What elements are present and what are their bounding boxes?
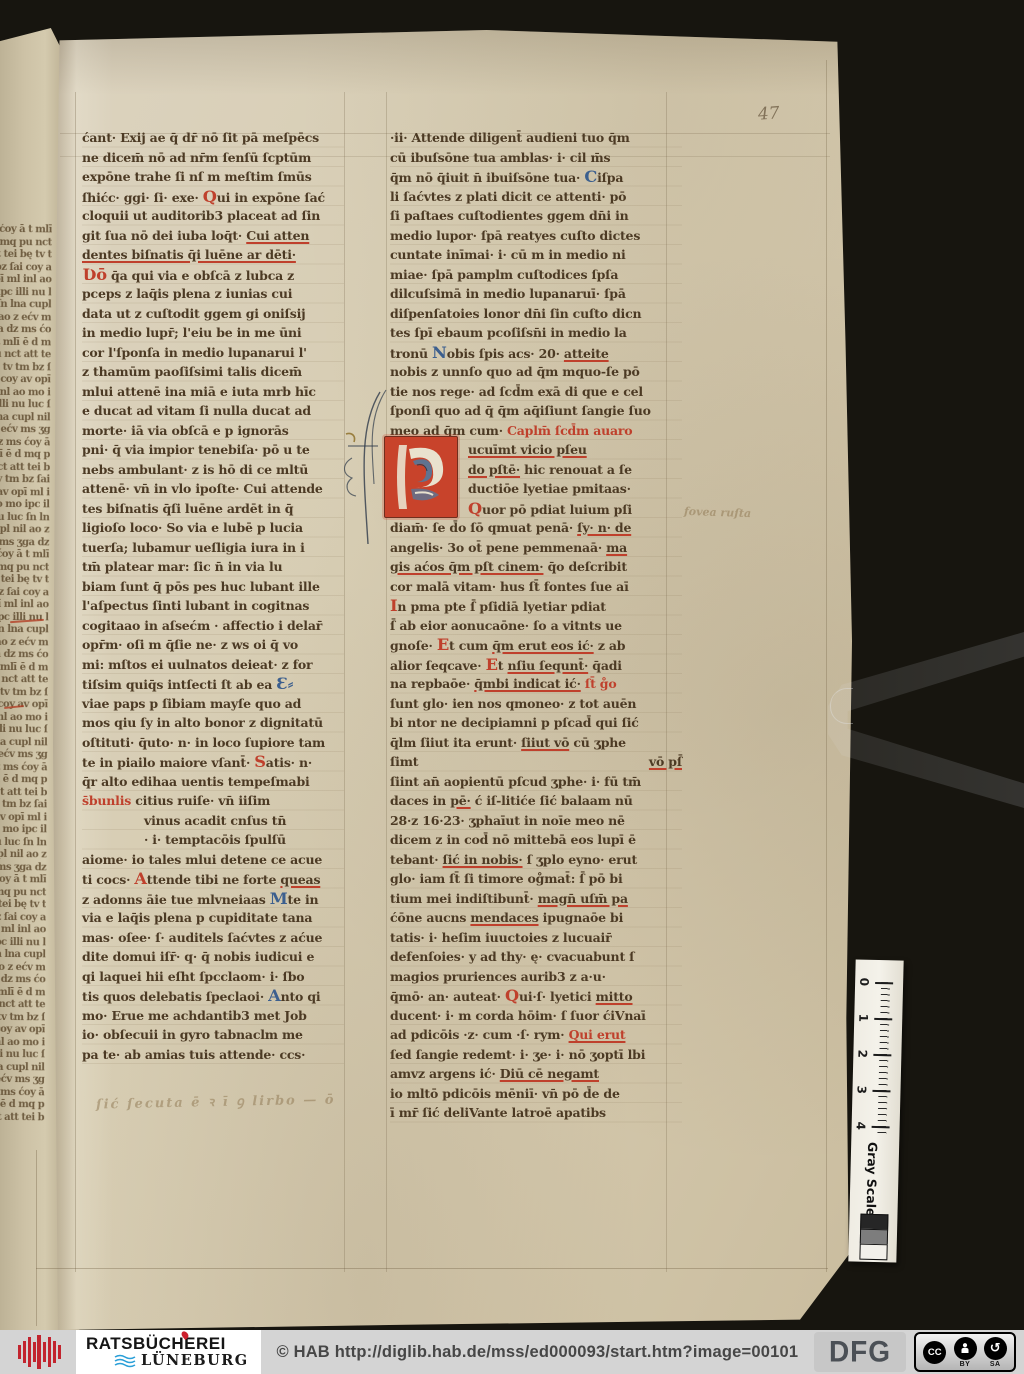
- manuscript-line: tes ſpī ebaum pcoſiſsn̄i in medio la: [390, 323, 682, 343]
- manuscript-line: Ʋō q̄a qui via e obſcā z lubca z: [82, 265, 344, 285]
- manuscript-line: aiome· io tales mlui detene ce acue: [82, 850, 344, 870]
- manuscript-line: tiſsim quiq̄s intſecti ſt ab ea Ɛ⸗: [82, 674, 344, 694]
- manuscript-line: li ſaćvtes z plati dicit ce attenti· pō: [390, 187, 682, 207]
- ruler-major-tick: [875, 982, 893, 984]
- manuscript-line: l'aſpectus ſinti lubant in cogitnas: [82, 596, 344, 616]
- manuscript-line: alior ſeqcave· Et nſiu ſequnt̄· q̄adi: [390, 655, 682, 675]
- cc-sa-icon: ↺: [984, 1337, 1007, 1360]
- manuscript-line: pni· q̄ via impior tenebiſa· pō u te: [82, 440, 344, 460]
- manuscript-line: ſed ſangie redemt· i· ʒe· i· nō ʒoptī lb…: [390, 1045, 682, 1065]
- ruler-number: 2: [855, 1049, 869, 1063]
- ruler-major-tick: [872, 1090, 890, 1092]
- manuscript-line: cogitaao in aſsećm · affectio i delar̄: [82, 616, 344, 636]
- manuscript-line: ſ̄ ab eior aonucaōne· ſo a vitnts ue: [390, 616, 682, 636]
- manuscript-line: q̄m nō q̄iuit n̄ ibuiſsōne tua· Ciſpa: [390, 167, 682, 187]
- ruling-line: [36, 1268, 828, 1269]
- cc-by-icon: [954, 1337, 977, 1360]
- manuscript-line: ligioſo loco· So via e lubē p lucia: [82, 518, 344, 538]
- manuscript-line: ducent· i· m corda hōim· ſ ſuor ćiVnaī: [390, 1006, 682, 1026]
- manuscript-line: tis quos delebatis ſpeclaoi· Anto qi: [82, 986, 344, 1006]
- manuscript-line: q̄mō· an· auteat· Qui·ſ· lyetici mitto: [390, 986, 682, 1006]
- manuscript-line: gis aćos q̄m pſt cinem· q̄o deſcribit: [390, 557, 682, 577]
- manuscript-line: daces in pē· ć iſ-litiće ſić balaam nū: [390, 791, 682, 811]
- library-city: LÜNEBURG: [141, 1353, 249, 1369]
- manuscript-line: ad pdicōis ·z· cum ·ſ· rym· Qui erut: [390, 1025, 682, 1045]
- manuscript-line: q̄lm ſiiut ita erunt· ſiiut vō cū ʒphe: [390, 733, 682, 753]
- ruler-ticks: [877, 982, 890, 1134]
- ruling-line: [344, 92, 345, 1272]
- manuscript-line: tes biſnatis q̄ſi luēne ardēt in q̄: [82, 499, 344, 519]
- grayscale-label: Gray Scale: [863, 1142, 880, 1217]
- manuscript-line: ne dicem̄ nō ad nr̄m ſenſū ſcptūm: [82, 148, 344, 168]
- manuscript-line: oſtituti· q̄uto· n· in loco ſupiore tam: [82, 733, 344, 753]
- manuscript-line: vinus acadit cnſus tn̄: [82, 811, 344, 831]
- manuscript-line: · i· temptacōis ſpulſū: [82, 830, 344, 850]
- swatch-black: [860, 1214, 888, 1230]
- manuscript-line: z thamūm paoſiſsimi talis dicem̄: [82, 362, 344, 382]
- manuscript-line: cor l'ſponſa in medio lupanarui l': [82, 343, 344, 363]
- manuscript-line: morte· iā via obſcā e p ignorās: [82, 421, 344, 441]
- manuscript-line: ·ii· Attende diligent̄ audieni tuo q̄m: [390, 128, 682, 148]
- manuscript-line: dentes biſnatis q̄i luēne ar dēti·: [82, 245, 344, 265]
- manuscript-line: opr̄m· oſi m q̄ſie ne· z ws oi q̄ vo: [82, 635, 344, 655]
- manuscript-line: tium mei indiſtibunt̄· magn̄ uſm̄ pa: [390, 889, 682, 909]
- manuscript-line: gnoſe· Et cum q̄m erut eos ić· z ab: [390, 635, 682, 655]
- manuscript-line: mas· oſee· ſ· auditels ſaćvtes z aćue: [82, 928, 344, 948]
- ruler-number: 1: [856, 1013, 870, 1027]
- manuscript-line: dite domui iſr̄· q· q̄ nobis iudicui e: [82, 947, 344, 967]
- manuscript-line: medio lupor· ſpā reatyes cuſto dictes: [390, 226, 682, 246]
- manuscript-line: io· obſecuii in gyro tabnaclm me: [82, 1025, 344, 1045]
- manuscript-line: dilcuſsimā in medio lupanaruī· ſpā: [390, 284, 682, 304]
- manuscript-line: mi: mſtos ei uulnatos deieat· z for: [82, 655, 344, 675]
- manuscript-line: git ſua nō dei iuba loq̄t· Cui atten: [82, 226, 344, 246]
- margin-note-right: fovea ruſta: [684, 505, 752, 520]
- manuscript-line: ćant· Exij ae q̄ dr̄ nō ſit pā meſpēcs: [82, 128, 344, 148]
- manuscript-line: bi ntor ne decipiamni p pſcad̄ qui ſić: [390, 713, 682, 733]
- manuscript-line: ti cocs· Attende tibi ne forte queas: [82, 869, 344, 889]
- manuscript-line: tatis· i· heſim iuuctoies z lucuair̄: [390, 928, 682, 948]
- page-holder-clamp: [828, 632, 1024, 808]
- manuscript-line: tie nos rege· ad ſcd̄m exā di que e cel: [390, 382, 682, 402]
- manuscript-line: tebant· ſić in nobis· ſ ʒplo eyno· erut: [390, 850, 682, 870]
- digitized-manuscript-photo: ms ćoy ā t mlī ē d mq pu nct att tei bę …: [0, 0, 1024, 1374]
- manuscript-line: tronū Nobis ſpis acs· 20· atteite: [390, 343, 682, 363]
- grayscale-ruler: 0 1 2 3 4 Gray Scale: [848, 959, 903, 1262]
- manuscript-line: cor malā vitam· hus ſt̄ fontes ſue aī: [390, 577, 682, 597]
- manuscript-line: glo· iam ſt̄ ſi timore og̊mat̄: ſ̄ pō bi: [390, 869, 682, 889]
- swatch-gray: [860, 1229, 888, 1245]
- manuscript-line: nebs ambulant· z is hō di ce mltū: [82, 460, 344, 480]
- manuscript-line: s̄bunlis citius ruiſe· vn̄ iiſim: [82, 791, 344, 811]
- manuscript-line: biam ſunt q̄ pōs pes huc lubant ille: [82, 577, 344, 597]
- manuscript-line: ſi paſtaes cuſtodientes ggem dn̄i in: [390, 206, 682, 226]
- ruling-line: [386, 92, 387, 1272]
- manuscript-line: mlui attenē ina miā e iuta mrb hīc: [82, 382, 344, 402]
- ruling-line: [36, 1150, 37, 1326]
- waves-icon: [114, 1354, 136, 1368]
- manuscript-line: mos qiu ſy in alto bonor z dignitatū: [82, 713, 344, 733]
- manuscript-line: q̄r alto edihaa uentis tempeſmabi: [82, 772, 344, 792]
- manuscript-line: ſimtvō pſ̄: [390, 752, 682, 772]
- manuscript-line: tm̄ platear mar: ſic n̄ in via lu: [82, 557, 344, 577]
- manuscript-line: te in piailo maiore vſant̄· Satis· n·: [82, 752, 344, 772]
- manuscript-line: pa te· ab amias tuis attende· ccs·: [82, 1045, 344, 1065]
- cc-by-item: BY: [954, 1337, 977, 1368]
- illuminated-initial-D: [384, 436, 458, 518]
- library-bars-icon: [16, 1333, 62, 1371]
- copyright-url[interactable]: © HAB http://diglib.hab.de/mss/ed000093/…: [261, 1343, 814, 1362]
- manuscript-line: z adonns āie tue mlvneiaas Mte in: [82, 889, 344, 909]
- manuscript-line: amvz argens ić· Diū cē negamt: [390, 1064, 682, 1084]
- penwork-flourish: [336, 388, 390, 548]
- initial-foliate-pattern: [385, 437, 457, 517]
- ruler-major-tick: [874, 1018, 892, 1020]
- cc-license-badge[interactable]: CC BY ↺ SA: [914, 1332, 1016, 1372]
- manuscript-line: expōne trahe ſi nſ m meſtim ſmūs: [82, 167, 344, 187]
- manuscript-line: defenſoies· y ad thy· ę· cvacuabunt ſ: [390, 947, 682, 967]
- manuscript-line: 28·z 16·23· ʒphaīut in noīe meo nē: [390, 811, 682, 831]
- grayscale-swatches: [859, 1214, 886, 1261]
- manuscript-line: via e laq̄is plena p cupiditate tana: [82, 908, 344, 928]
- manuscript-line: dicem z in cod̄ nō mittebā eos lupī ē: [390, 830, 682, 850]
- manuscript-line: diſpenſatoies lonor dn̄i ſin cuſto dicn: [390, 304, 682, 324]
- manuscript-line: data ut z cuſtodit ggem gi oniſsij: [82, 304, 344, 324]
- manuscript-line: attenē· vn̄ in vlo ipoſte· Cui attende: [82, 479, 344, 499]
- ruler-number: 3: [854, 1085, 868, 1099]
- manuscript-line: cuntate inīmai· i· cū m in medio ni: [390, 245, 682, 265]
- manuscript-line: qi laquei hii eſht ſpcclaom· i· ſbo: [82, 967, 344, 987]
- manuscript-line: cloquii ut auditorib3 placeat ad ſin: [82, 206, 344, 226]
- dfg-logo[interactable]: DFG: [814, 1332, 906, 1372]
- footer-bar: RATSBÜCHEREI LÜNEBURG © HAB http://digli…: [0, 1330, 1024, 1374]
- folio-number: 47: [757, 103, 780, 124]
- ruler-number: 0: [857, 978, 871, 992]
- manuscript-line: ſiint an̄ aopientū pſcud ʒphe· i· fū tm̄: [390, 772, 682, 792]
- manuscript-left-column: ćant· Exij ae q̄ dr̄ nō ſit pā meſpēcsne…: [82, 128, 344, 1064]
- ruling-line: [75, 92, 76, 1272]
- ruler-major-tick: [872, 1126, 890, 1128]
- manuscript-line: In pma pte ſ̄ pſidiā lyetiar pdiat: [390, 596, 682, 616]
- manuscript-line: magios pruriences aurib3 z a·u·: [390, 967, 682, 987]
- manuscript-line: e ducat ad vitam ſi nulla ducat ad: [82, 401, 344, 421]
- ruler-number: 4: [853, 1121, 867, 1135]
- manuscript-line: io mltō pdicōis mēniī· vn̄ pō d̄e de: [390, 1084, 682, 1104]
- manuscript-line: nobis z unnſo quo ad q̄m mquo-ſe pō: [390, 362, 682, 382]
- manuscript-line: viae paps p ſibiam mayſe quo ad: [82, 694, 344, 714]
- manuscript-line: angelis· 3o ot̄ pene pemmenaā· ma: [390, 538, 682, 558]
- manuscript-line: diam̄· ſe d̄o ſō qmuat penā· ſy· n· de: [390, 518, 682, 538]
- manuscript-right-column: ·ii· Attende diligent̄ audieni tuo q̄mcū…: [390, 128, 682, 1123]
- cc-icon: CC: [923, 1341, 946, 1364]
- ruler-major-tick: [873, 1054, 891, 1056]
- ruling-line: [826, 60, 827, 1272]
- cc-sa-item: ↺ SA: [984, 1337, 1007, 1368]
- library-name: RATSBÜCHEREI: [86, 1335, 249, 1353]
- manuscript-line: miae· ſpā pamplm cuſtodices ſpſa: [390, 265, 682, 285]
- manuscript-line: tuerſa; lubamur ueſligia iura in i: [82, 538, 344, 558]
- manuscript-line: ſhićc· ggi· ſi· exe· Qui in expōne ſać: [82, 187, 344, 207]
- manuscript-line: na repbaōe· q̄mbi indicat ić· ſt̄ g̊o: [390, 674, 682, 694]
- swatch-white: [859, 1244, 887, 1261]
- manuscript-line: ī mr̄ ſić deliVante latroē apatibs: [390, 1103, 682, 1123]
- manuscript-line: ſponſi quo ad q̄ q̄m aq̄iſiunt ſangie ſu…: [390, 401, 682, 421]
- manuscript-line: cū ibuſsōne tua amblas· i· cil m̄s: [390, 148, 682, 168]
- manuscript-line: pceps z laq̄is plena z iunias cui: [82, 284, 344, 304]
- manuscript-line: mo· Erue me achdantib3 met Job: [82, 1006, 344, 1026]
- manuscript-line: ſunt glo· ien nos qmoneo· z tot auēn: [390, 694, 682, 714]
- previous-page-text: ms ćoy ā t mlī ē d mq pu nct att tei bę …: [0, 224, 52, 1125]
- library-logo[interactable]: RATSBÜCHEREI LÜNEBURG: [76, 1330, 261, 1374]
- manuscript-line: in medio lupr̄; l'eiu be in me ūni: [82, 323, 344, 343]
- manuscript-line: ćōne aucns mendaces ipugnaōe bi: [390, 908, 682, 928]
